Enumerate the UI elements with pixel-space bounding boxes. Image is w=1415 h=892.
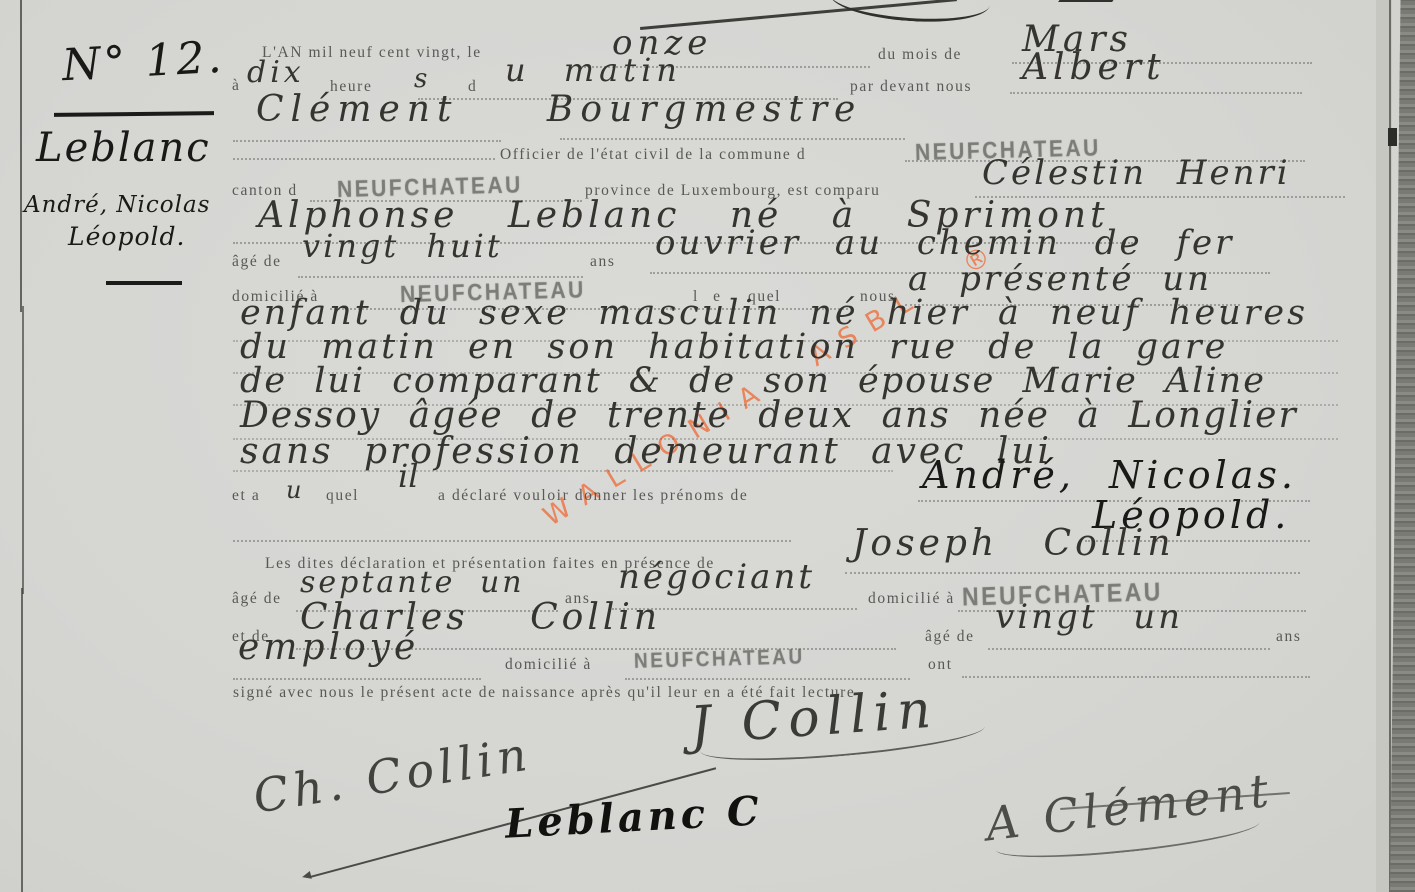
stray-flourish xyxy=(829,0,992,27)
hw-declarant-profession: ouvrier au chemin de fer xyxy=(655,226,1234,260)
printed-ans-3: ans xyxy=(1276,628,1301,646)
margin-dash xyxy=(106,281,182,285)
printed-age-de-2: âgé de xyxy=(232,590,282,608)
act-number: N° 12. xyxy=(61,36,226,88)
dotted-rule xyxy=(625,678,910,680)
printed-et-a: et a xyxy=(232,487,260,505)
dotted-rule xyxy=(233,678,481,680)
printed-month-label: du mois de xyxy=(878,46,962,64)
hw-body-line-time-place: du matin en son habitation rue de la gar… xyxy=(240,330,1228,365)
hw-body-line-mother2: Dessoy âgée de trente deux ans née à Lon… xyxy=(240,398,1298,434)
printed-domicilie-2: domicilié à xyxy=(868,590,955,608)
dotted-rule xyxy=(233,140,501,142)
hw-declarant-age: vingt huit xyxy=(302,230,503,262)
hw-witness2-profession: employé xyxy=(238,630,419,666)
page-fold-line xyxy=(21,588,23,892)
hw-witness2-age: vingt un xyxy=(995,600,1183,634)
dotted-rule xyxy=(1010,92,1302,94)
dotted-rule xyxy=(560,138,905,140)
page-fold-line xyxy=(22,306,24,594)
printed-age-de: âgé de xyxy=(232,253,282,271)
printed-officier-commune: Officier de l'état civil de la commune d xyxy=(500,146,806,164)
dotted-rule xyxy=(962,676,1310,678)
dotted-rule xyxy=(233,158,495,160)
printed-quel2: quel xyxy=(326,487,359,505)
printed-at: à xyxy=(232,77,240,95)
printed-declare-prenoms: a déclaré vouloir donner les prénoms de xyxy=(438,487,748,505)
edge-blemish xyxy=(1388,128,1397,146)
dotted-rule xyxy=(233,470,893,472)
margin-name-surname: Leblanc xyxy=(36,128,211,168)
signature-flourish-arrowhead xyxy=(301,871,312,881)
page-fold-line xyxy=(20,0,22,312)
stamp-neufchateau-domicile3: NEUFCHATEAU xyxy=(634,645,805,674)
printed-ans: ans xyxy=(590,253,615,271)
hw-officer-name-title: Clément Bourgmestre xyxy=(256,92,862,128)
hw-a-presente-un: a présenté un xyxy=(908,262,1212,296)
signature-leblanc: Leblanc C xyxy=(504,791,764,844)
margin-name-given1: André, Nicolas xyxy=(24,194,210,217)
printed-domicilie-3: domicilié à xyxy=(505,656,592,674)
hw-u: u xyxy=(286,478,301,502)
hw-du-matin: u matin xyxy=(505,54,682,86)
hw-child-names-1: André, Nicolas. xyxy=(922,456,1297,494)
hw-witness1-age: septante un xyxy=(300,568,525,598)
margin-name-given2: Léopold. xyxy=(68,224,185,249)
printed-devant-nous: par devant nous xyxy=(850,78,972,96)
dotted-rule xyxy=(845,572,1300,574)
scanned-birth-record: WALLONIA ASBL ® N° 12. Leblanc André, Ni… xyxy=(0,0,1415,892)
hw-declarant-firstnames: Célestin Henri xyxy=(982,156,1291,190)
printed-ont: ont xyxy=(928,656,953,674)
hw-witness1-name: Joseph Collin xyxy=(852,526,1175,562)
dotted-rule xyxy=(988,648,1270,650)
hw-il: il xyxy=(398,460,418,492)
dotted-rule xyxy=(233,540,791,542)
act-number-underline xyxy=(54,111,214,116)
signature-ch-collin: Ch. Collin xyxy=(250,730,534,819)
hw-hour: dix xyxy=(247,58,305,88)
hw-body-line-child: enfant du sexe masculin né hier à neuf h… xyxy=(240,296,1308,331)
printed-age-de-3: âgé de xyxy=(925,628,975,646)
hw-body-line-mother1: de lui comparant & de son épouse Marie A… xyxy=(240,364,1266,399)
hw-witness1-profession: négociant xyxy=(618,560,815,594)
stray-stroke xyxy=(1051,0,1115,12)
hw-officer-firstname: Albert xyxy=(1022,50,1166,86)
